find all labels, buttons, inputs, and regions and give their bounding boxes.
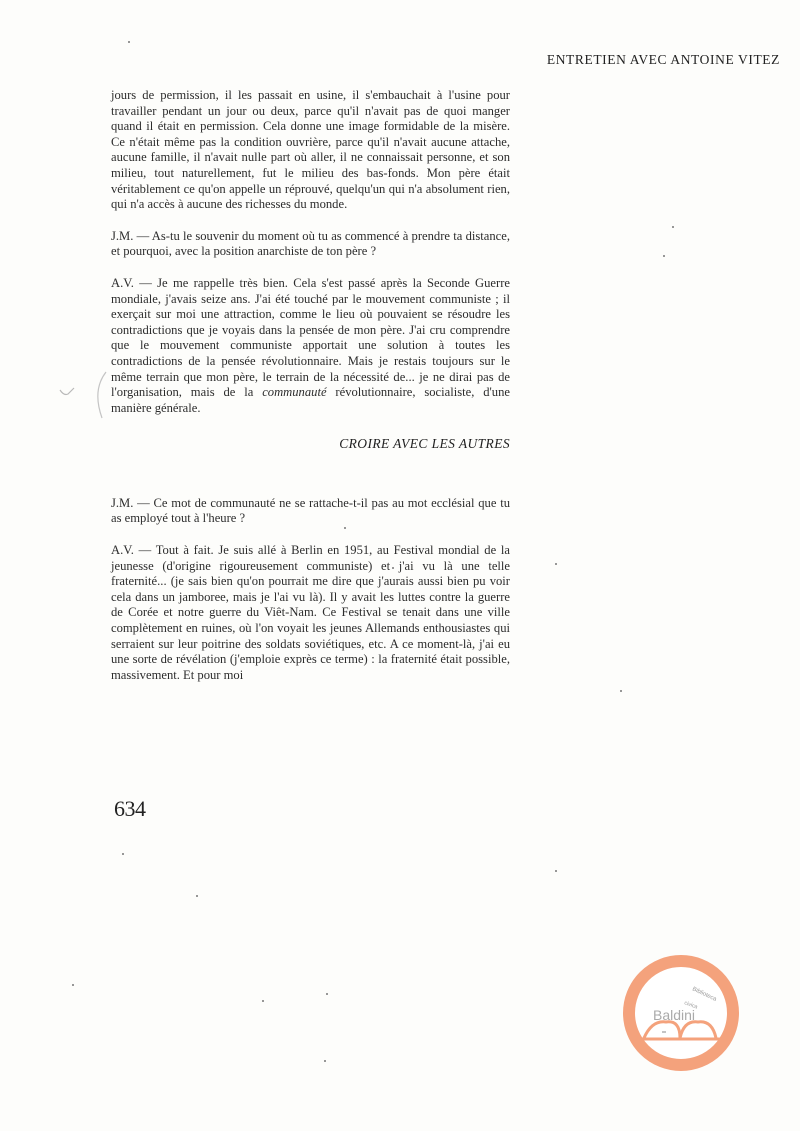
speaker-label: J.M. — xyxy=(111,496,150,510)
paragraph-question-jm: J.M. — As-tu le souvenir du moment où tu… xyxy=(111,229,510,260)
speaker-label: J.M. — xyxy=(111,229,149,243)
pencil-margin-mark-icon xyxy=(52,370,112,420)
paragraph-question-jm: J.M. — Ce mot de communauté ne se rattac… xyxy=(111,496,510,527)
paragraph-text: Tout à fait. Je suis allé à Berlin en 19… xyxy=(111,543,510,682)
scan-speck xyxy=(122,853,124,855)
scan-speck xyxy=(620,690,622,692)
speaker-label: A.V. — xyxy=(111,276,152,290)
scan-speck xyxy=(326,993,328,995)
paragraph-answer-av: A.V. — Tout à fait. Je suis allé à Berli… xyxy=(111,543,510,683)
scan-speck xyxy=(262,1000,264,1002)
emphasis-word: communauté xyxy=(262,385,326,399)
scan-speck xyxy=(196,895,198,897)
running-head: ENTRETIEN AVEC ANTOINE VITEZ xyxy=(340,52,780,68)
scan-speck xyxy=(392,567,394,569)
scan-speck xyxy=(663,255,665,257)
scan-speck xyxy=(555,870,557,872)
paragraph-intro: jours de permission, il les passait en u… xyxy=(111,88,510,213)
scan-speck xyxy=(555,563,557,565)
paragraph-text: Ce mot de communauté ne se rattache-t-il… xyxy=(111,496,510,526)
paragraph-text: As-tu le souvenir du moment où tu as com… xyxy=(111,229,510,259)
scan-speck xyxy=(128,41,130,43)
page-number: 634 xyxy=(114,796,146,822)
section-heading: CROIRE AVEC LES AUTRES xyxy=(111,436,510,452)
paragraph-text: Je me rappelle très bien. Cela s'est pas… xyxy=(111,276,510,399)
scan-speck xyxy=(72,984,74,986)
scan-speck xyxy=(344,527,346,529)
body-text: jours de permission, il les passait en u… xyxy=(111,88,510,699)
scan-speck xyxy=(672,226,674,228)
scan-speck xyxy=(324,1060,326,1062)
paragraph-answer-av: A.V. — Je me rappelle très bien. Cela s'… xyxy=(111,276,510,416)
library-stamp-logo: Biblioteca civica Baldini xyxy=(622,954,740,1072)
speaker-label: A.V. — xyxy=(111,543,151,557)
paragraph-text: jours de permission, il les passait en u… xyxy=(111,88,510,211)
